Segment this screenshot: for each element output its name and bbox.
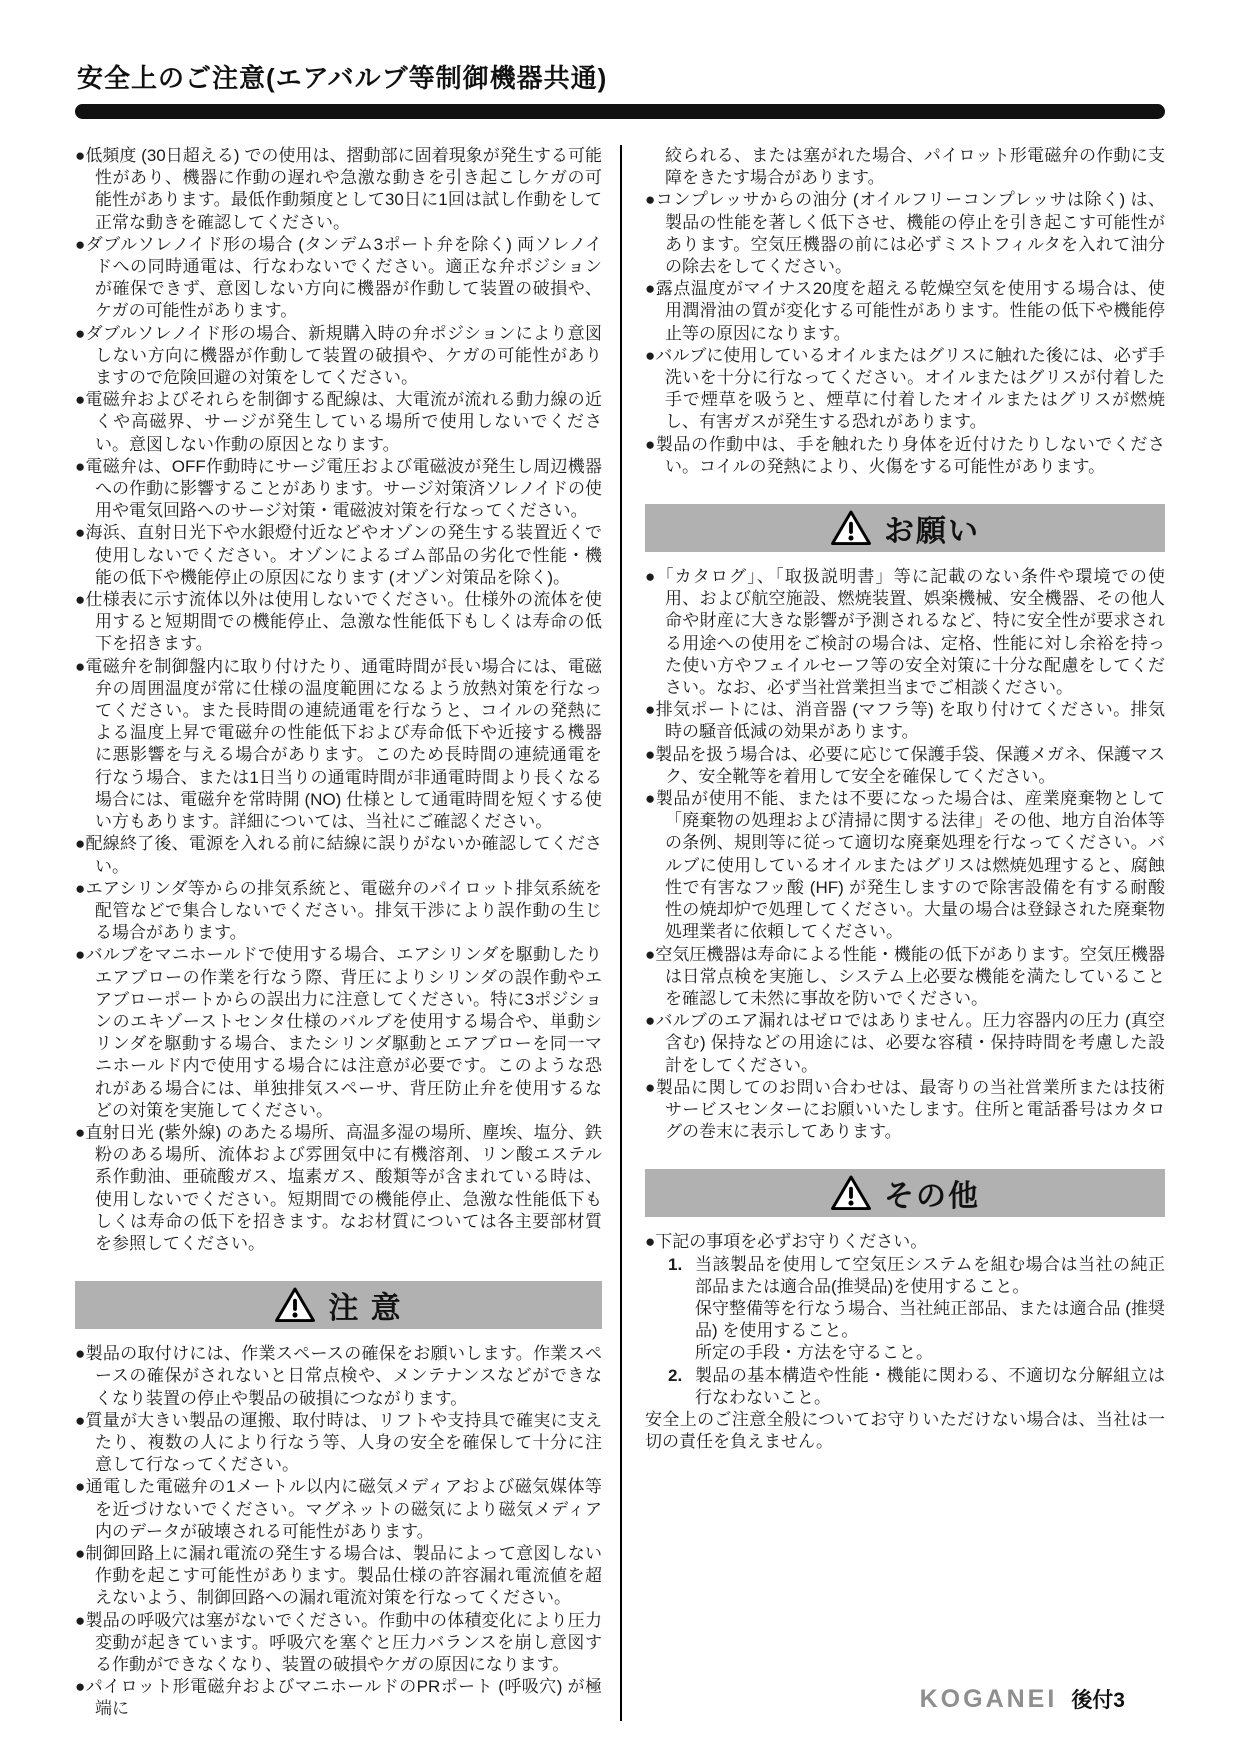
list-item: 空気圧機器は寿命による性能・機能の低下があります。空気圧機器は日常点検を実施し、… — [645, 944, 1165, 1011]
list-item: 製品の呼吸穴は塞がないでください。作動中の体積変化により圧力変動が起きています。… — [75, 1610, 602, 1677]
item-number: 1. — [668, 1254, 695, 1365]
list-item: パイロット形電磁弁およびマニホールドのPRポート (呼吸穴) が極端に — [75, 1676, 602, 1720]
koganei-logo: KOGANEI — [920, 1685, 1058, 1714]
item-number: 2. — [668, 1365, 695, 1409]
title-rule — [75, 104, 1165, 119]
list-item: 製品が使用不能、または不要になった場合は、産業廃棄物として「廃棄物の処理および清… — [645, 788, 1165, 943]
item-line: 保守整備等を行なう場合、当社純正部品、または適合品 (推奨品) を使用すること。 — [695, 1298, 1165, 1342]
right-column: 絞られる、または塞がれた場合、パイロット形電磁弁の作動に支障をきたす場合がありま… — [622, 145, 1165, 1721]
page-footer: KOGANEI 後付3 — [920, 1684, 1125, 1714]
list-item: 電磁弁は、OFF作動時にサージ電圧および電磁波が発生し周辺機器への作動に影響する… — [75, 456, 602, 523]
numbered-item: 1. 当該製品を使用して空気圧システムを組む場合は当社の純正部品または適合品(推… — [668, 1254, 1165, 1365]
other-heading-band: その他 — [645, 1169, 1165, 1217]
item-line: 所定の手段・方法を守ること。 — [695, 1342, 1165, 1364]
list-item: 製品に関してのお問い合わせは、最寄りの当社営業所または技術サービスセンターにお願… — [645, 1077, 1165, 1144]
list-item: バルブをマニホールドで使用する場合、エアシリンダを駆動したりエアブローの作業を行… — [75, 944, 602, 1122]
document-page: 安全上のご注意(エアバルブ等制御機器共通) 低頻度 (30日超える) での使用は… — [0, 0, 1240, 1721]
list-item: 電磁弁およびそれらを制御する配線は、大電流が流れる動力線の近くや高磁界、サージが… — [75, 389, 602, 456]
list-item: 露点温度がマイナス20度を超える乾燥空気を使用する場合は、使用潤滑油の質が変化す… — [645, 278, 1165, 345]
numbered-item: 2. 製品の基本構造や性能・機能に関わる、不適切な分解組立は行なわないこと。 — [668, 1365, 1165, 1409]
continuation-text: 絞られる、または塞がれた場合、パイロット形電磁弁の作動に支障をきたす場合がありま… — [645, 145, 1165, 189]
list-item: 下記の事項を必ずお守りください。 — [645, 1231, 1165, 1253]
item-line: 当該製品を使用して空気圧システムを組む場合は当社の純正部品または適合品(推奨品)… — [695, 1254, 1165, 1298]
list-item: バルブのエア漏れはゼロではありません。圧力容器内の圧力 (真空含む) 保持などの… — [645, 1010, 1165, 1077]
list-item: 通電した電磁弁の1メートル以内に磁気メディアおよび磁気媒体等を近づけないでくださ… — [75, 1476, 602, 1543]
numbered-list: 1. 当該製品を使用して空気圧システムを組む場合は当社の純正部品または適合品(推… — [645, 1254, 1165, 1409]
closing-statement: 安全上のご注意全般についてお守りいただけない場合は、当社は一切の責任を負えません… — [645, 1409, 1165, 1453]
list-item: 直射日光 (紫外線) のあたる場所、高温多湿の場所、塵埃、塩分、鉄粉のある場所、… — [75, 1122, 602, 1255]
caution-heading-band: 注 意 — [75, 1281, 602, 1329]
list-item: 「カタログ」、「取扱説明書」等に記載のない条件や環境での使用、および航空施設、燃… — [645, 566, 1165, 699]
list-item: 電磁弁を制御盤内に取り付けたり、通電時間が長い場合には、電磁弁の周囲温度が常に仕… — [75, 656, 602, 834]
two-column-layout: 低頻度 (30日超える) での使用は、摺動部に固着現象が発生する可能性があり、機… — [75, 145, 1165, 1721]
list-item: 配線終了後、電源を入れる前に結線に誤りがないか確認してください。 — [75, 833, 602, 877]
page-number-label: 後付3 — [1071, 1684, 1125, 1714]
list-item: 製品の作動中は、手を触れたり身体を近付けたりしないでください。コイルの発熱により… — [645, 434, 1165, 478]
list-item: 制御回路上に漏れ電流の発生する場合は、製品によって意図しない作動を起こす可能性が… — [75, 1543, 602, 1610]
caution-heading-label: 注 意 — [328, 1283, 402, 1327]
list-item: コンプレッサからの油分 (オイルフリーコンプレッサは除く) は、製品の性能を著し… — [645, 189, 1165, 278]
list-item: 質量が大きい製品の運搬、取付時は、リフトや支持具で確実に支えたり、複数の人により… — [75, 1410, 602, 1477]
item-line: 製品の基本構造や性能・機能に関わる、不適切な分解組立は行なわないこと。 — [695, 1365, 1165, 1409]
list-item: ダブルソレノイド形の場合 (タンデム3ポート弁を除く) 両ソレノイドへの同時通電… — [75, 234, 602, 323]
warning-triangle-icon — [274, 1286, 316, 1324]
left-column: 低頻度 (30日超える) での使用は、摺動部に固着現象が発生する可能性があり、機… — [75, 145, 602, 1721]
list-item: 海浜、直射日光下や水銀燈付近などやオゾンの発生する装置近くで使用しないでください… — [75, 522, 602, 589]
list-item: 排気ポートには、消音器 (マフラ等) を取り付けてください。排気時の騒音低減の効… — [645, 699, 1165, 743]
warning-triangle-icon — [830, 509, 872, 547]
list-item: バルブに使用しているオイルまたはグリスに触れた後には、必ず手洗いを十分に行なって… — [645, 345, 1165, 434]
item-text: 製品の基本構造や性能・機能に関わる、不適切な分解組立は行なわないこと。 — [695, 1365, 1165, 1409]
list-item: 仕様表に示す流体以外は使用しないでください。仕様外の流体を使用すると短期間での機… — [75, 589, 602, 656]
request-heading-label: お願い — [884, 506, 980, 550]
other-heading-label: その他 — [884, 1171, 980, 1215]
request-heading-band: お願い — [645, 504, 1165, 552]
list-item: エアシリンダ等からの排気系統と、電磁弁のパイロット排気系統を配管などで集合しない… — [75, 878, 602, 945]
list-item: 製品を扱う場合は、必要に応じて保護手袋、保護メガネ、保護マスク、安全靴等を着用し… — [645, 744, 1165, 788]
list-item: 低頻度 (30日超える) での使用は、摺動部に固着現象が発生する可能性があり、機… — [75, 145, 602, 234]
item-text: 当該製品を使用して空気圧システムを組む場合は当社の純正部品または適合品(推奨品)… — [695, 1254, 1165, 1365]
list-item: ダブルソレノイド形の場合、新規購入時の弁ポジションにより意図しない方向に機器が作… — [75, 323, 602, 390]
list-item: 製品の取付けには、作業スペースの確保をお願いします。作業スペースの確保がされない… — [75, 1343, 602, 1410]
warning-triangle-icon — [830, 1174, 872, 1212]
page-title: 安全上のご注意(エアバルブ等制御機器共通) — [77, 58, 1165, 95]
